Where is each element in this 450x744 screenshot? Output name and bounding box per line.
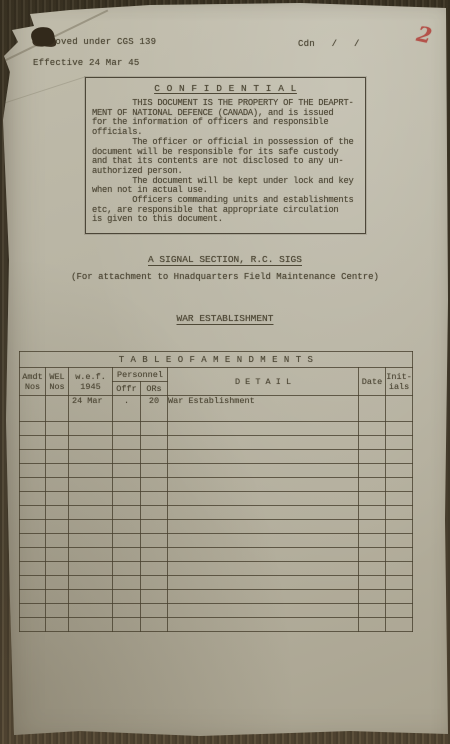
cell-wel <box>46 396 69 422</box>
header-wel-nos: WEL Nos <box>46 368 69 396</box>
header-date: Date <box>359 368 386 396</box>
handwritten-page-number: 2 <box>415 21 435 48</box>
header-detail: D E T A I L <box>168 368 359 396</box>
table-row <box>20 548 413 562</box>
header-offr: Offr <box>113 382 141 396</box>
confidential-body-text: THIS DOCUMENT IS THE PROPERTY OF THE DEA… <box>92 99 359 225</box>
header-personnel: Personnel <box>113 368 168 382</box>
table-row <box>20 436 413 450</box>
table-row <box>20 534 413 548</box>
table-row <box>20 590 413 604</box>
table-row <box>20 450 413 464</box>
cell-detail: War Establishment <box>168 396 359 422</box>
header-wef-1945: w.e.f. 1945 <box>69 368 113 396</box>
confidential-title: C O N F I D E N T I A L <box>92 83 359 94</box>
amendments-table-body: 24 Mar . 20 War Establishment <box>20 396 413 632</box>
establishment-title: WAR ESTABLISHMENT <box>0 313 450 324</box>
table-row <box>20 422 413 436</box>
photo-background: Approved under CGS 139 Effective 24 Mar … <box>0 0 450 744</box>
cell-ors: 20 <box>141 396 168 422</box>
section-subtitle: (For attachment to Hnadquarters Field Ma… <box>0 272 450 282</box>
cell-initials <box>386 396 413 422</box>
section-title: A SIGNAL SECTION, R.C. SIGS <box>0 254 450 265</box>
table-row <box>20 562 413 576</box>
cell-offr: . <box>113 396 141 422</box>
header-initials: Init- ials <box>386 368 413 396</box>
header-ors: ORs <box>141 382 168 396</box>
table-row <box>20 520 413 534</box>
crease-line <box>0 76 86 105</box>
table-row <box>20 506 413 520</box>
amendments-table: T A B L E O F A M E N D M E N T S Amdt N… <box>19 351 413 632</box>
table-title: T A B L E O F A M E N D M E N T S <box>20 352 413 368</box>
table-row <box>20 618 413 632</box>
table-row <box>20 576 413 590</box>
header-amdt-nos: Amdt Nos <box>20 368 46 396</box>
table-row <box>20 492 413 506</box>
cell-date <box>359 396 386 422</box>
table-row <box>20 478 413 492</box>
cdn-reference-line: Cdn / / <box>298 39 360 49</box>
effective-date-line: Effective 24 Mar 45 <box>33 58 139 68</box>
cell-wef: 24 Mar <box>69 396 113 422</box>
confidential-notice-box: C O N F I D E N T I A L THIS DOCUMENT IS… <box>85 77 366 234</box>
document-page: Approved under CGS 139 Effective 24 Mar … <box>0 0 450 744</box>
table-row <box>20 604 413 618</box>
cell-amdt <box>20 396 46 422</box>
table-row <box>20 464 413 478</box>
table-row-entry: 24 Mar . 20 War Establishment <box>20 396 413 422</box>
